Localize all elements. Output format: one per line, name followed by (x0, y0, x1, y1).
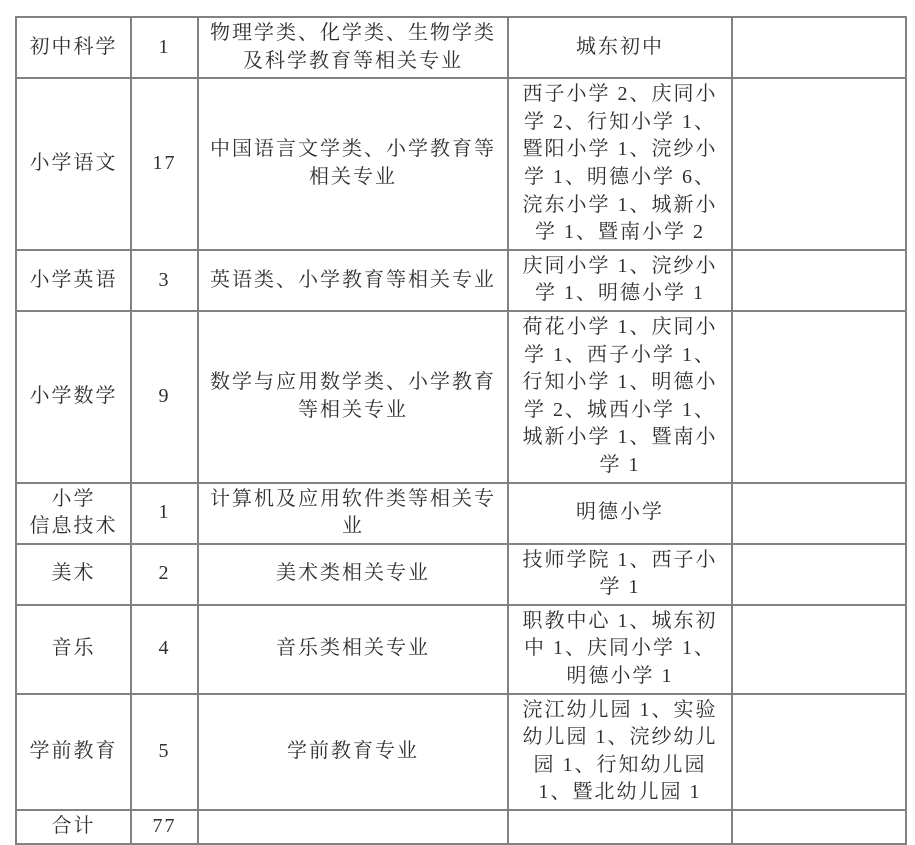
cell-schools: 技师学院 1、西子小学 1 (508, 544, 732, 605)
cell-schools: 城东初中 (508, 17, 732, 78)
cell-note (732, 78, 906, 250)
cell-count: 5 (131, 694, 198, 801)
cell-note (732, 17, 906, 78)
table-row: 小学语文 17 中国语言文学类、小学教育等相关专业 西子小学 2、庆同小学 2、… (16, 78, 906, 250)
cell-subject: 小学英语 (16, 250, 131, 311)
cell-count: 17 (131, 78, 198, 250)
cell-note (732, 605, 906, 694)
cell-schools: 荷花小学 1、庆同小学 1、西子小学 1、行知小学 1、明德小学 2、城西小学 … (508, 311, 732, 483)
table-row: 学前教育 5 学前教育专业 浣江幼儿园 1、实验幼儿园 1、浣纱幼儿园 1、行知… (16, 694, 906, 801)
recruitment-table: 初中科学 1 物理学类、化学类、生物学类及科学教育等相关专业 城东初中 小学语文… (15, 16, 907, 801)
cell-major: 美术类相关专业 (198, 544, 508, 605)
cell-note (732, 694, 906, 801)
cell-schools: 职教中心 1、城东初中 1、庆同小学 1、明德小学 1 (508, 605, 732, 694)
cell-note (732, 250, 906, 311)
cell-subject: 小学语文 (16, 78, 131, 250)
cell-schools: 庆同小学 1、浣纱小学 1、明德小学 1 (508, 250, 732, 311)
table-row: 小学英语 3 英语类、小学教育等相关专业 庆同小学 1、浣纱小学 1、明德小学 … (16, 250, 906, 311)
document-page: 初中科学 1 物理学类、化学类、生物学类及科学教育等相关专业 城东初中 小学语文… (15, 16, 907, 801)
cell-major: 英语类、小学教育等相关专业 (198, 250, 508, 311)
cell-note (732, 311, 906, 483)
cell-major: 中国语言文学类、小学教育等相关专业 (198, 78, 508, 250)
table-row: 初中科学 1 物理学类、化学类、生物学类及科学教育等相关专业 城东初中 (16, 17, 906, 78)
cell-major: 学前教育专业 (198, 694, 508, 801)
cell-major: 音乐类相关专业 (198, 605, 508, 694)
cell-major: 数学与应用数学类、小学教育等相关专业 (198, 311, 508, 483)
cell-major: 物理学类、化学类、生物学类及科学教育等相关专业 (198, 17, 508, 78)
cell-major: 计算机及应用软件类等相关专业 (198, 483, 508, 544)
table-row: 美术 2 美术类相关专业 技师学院 1、西子小学 1 (16, 544, 906, 605)
cell-note (732, 544, 906, 605)
cell-subject: 音乐 (16, 605, 131, 694)
cell-subject: 美术 (16, 544, 131, 605)
cell-subject: 学前教育 (16, 694, 131, 801)
cell-count: 4 (131, 605, 198, 694)
table-row: 音乐 4 音乐类相关专业 职教中心 1、城东初中 1、庆同小学 1、明德小学 1 (16, 605, 906, 694)
cell-subject: 小学 信息技术 (16, 483, 131, 544)
cell-schools: 西子小学 2、庆同小学 2、行知小学 1、暨阳小学 1、浣纱小学 1、明德小学 … (508, 78, 732, 250)
cell-count: 1 (131, 17, 198, 78)
cell-count: 9 (131, 311, 198, 483)
cell-subject: 初中科学 (16, 17, 131, 78)
cell-count: 3 (131, 250, 198, 311)
table-row: 小学数学 9 数学与应用数学类、小学教育等相关专业 荷花小学 1、庆同小学 1、… (16, 311, 906, 483)
cell-count: 1 (131, 483, 198, 544)
table-row: 小学 信息技术 1 计算机及应用软件类等相关专业 明德小学 (16, 483, 906, 544)
cell-schools: 浣江幼儿园 1、实验幼儿园 1、浣纱幼儿园 1、行知幼儿园 1、暨北幼儿园 1 (508, 694, 732, 801)
cell-count: 2 (131, 544, 198, 605)
cell-note (732, 483, 906, 544)
cell-subject: 小学数学 (16, 311, 131, 483)
cell-schools: 明德小学 (508, 483, 732, 544)
